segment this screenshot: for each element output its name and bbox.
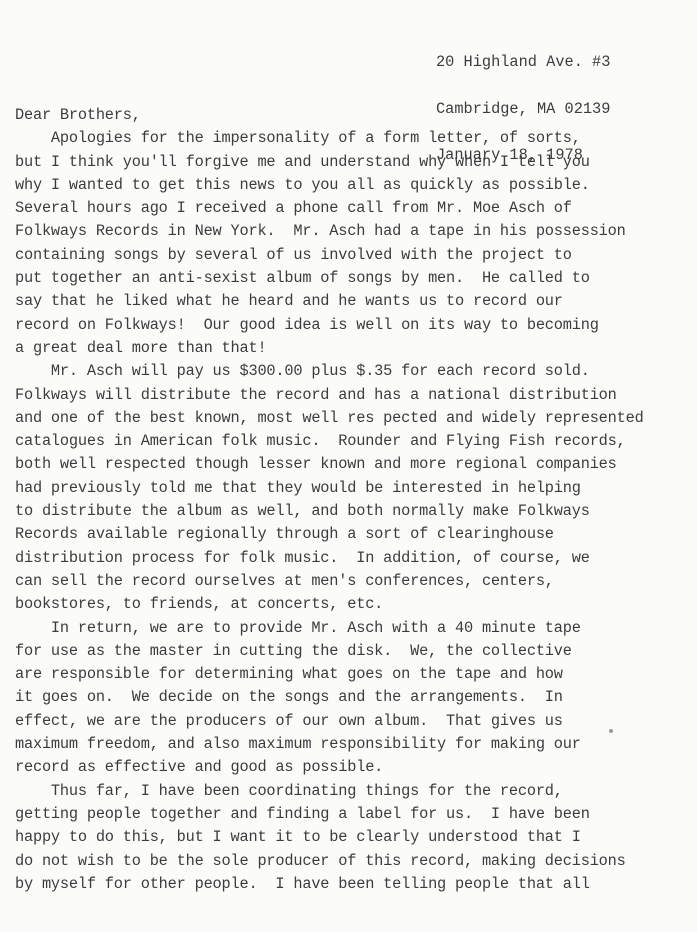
- letter-body: Dear Brothers, Apologies for the imperso…: [15, 104, 644, 896]
- address-street: 20 Highland Ave. #3: [436, 55, 610, 71]
- letter-line: do not wish to be the sole producer of t…: [15, 850, 644, 873]
- letter-line: Thus far, I have been coordinating thing…: [15, 780, 644, 803]
- letter-line: In return, we are to provide Mr. Asch wi…: [15, 617, 644, 640]
- ink-mark: [609, 729, 613, 733]
- salutation: Dear Brothers,: [15, 104, 644, 127]
- letter-line: Several hours ago I received a phone cal…: [15, 197, 644, 220]
- letter-line: it goes on. We decide on the songs and t…: [15, 686, 644, 709]
- letter-line: bookstores, to friends, at concerts, etc…: [15, 593, 644, 616]
- letter-line: catalogues in American folk music. Round…: [15, 430, 644, 453]
- letter-line: had previously told me that they would b…: [15, 477, 644, 500]
- letter-line: maximum freedom, and also maximum respon…: [15, 733, 644, 756]
- letter-line: record on Folkways! Our good idea is wel…: [15, 314, 644, 337]
- letter-line: for use as the master in cutting the dis…: [15, 640, 644, 663]
- letter-line: getting people together and finding a la…: [15, 803, 644, 826]
- letter-line: by myself for other people. I have been …: [15, 873, 644, 896]
- letter-line: put together an anti-sexist album of son…: [15, 267, 644, 290]
- letter-line: are responsible for determining what goe…: [15, 663, 644, 686]
- letter-line: containing songs by several of us involv…: [15, 244, 644, 267]
- letter-line: Apologies for the impersonality of a for…: [15, 127, 644, 150]
- letter-line: both well respected though lesser known …: [15, 453, 644, 476]
- letter-page: 20 Highland Ave. #3 Cambridge, MA 02139 …: [0, 0, 697, 932]
- letter-line: effect, we are the producers of our own …: [15, 710, 644, 733]
- letter-line: to distribute the album as well, and bot…: [15, 500, 644, 523]
- letter-line: Folkways Records in New York. Mr. Asch h…: [15, 220, 644, 243]
- letter-line: can sell the record ourselves at men's c…: [15, 570, 644, 593]
- letter-line: distribution process for folk music. In …: [15, 547, 644, 570]
- letter-line: Folkways will distribute the record and …: [15, 384, 644, 407]
- letter-line: say that he liked what he heard and he w…: [15, 290, 644, 313]
- letter-line: a great deal more than that!: [15, 337, 644, 360]
- letter-line: happy to do this, but I want it to be cl…: [15, 826, 644, 849]
- letter-line: but I think you'll forgive me and unders…: [15, 151, 644, 174]
- letter-line: record as effective and good as possible…: [15, 756, 644, 779]
- letter-line: and one of the best known, most well res…: [15, 407, 644, 430]
- letter-line: why I wanted to get this news to you all…: [15, 174, 644, 197]
- letter-line: Records available regionally through a s…: [15, 523, 644, 546]
- letter-line: Mr. Asch will pay us $300.00 plus $.35 f…: [15, 360, 644, 383]
